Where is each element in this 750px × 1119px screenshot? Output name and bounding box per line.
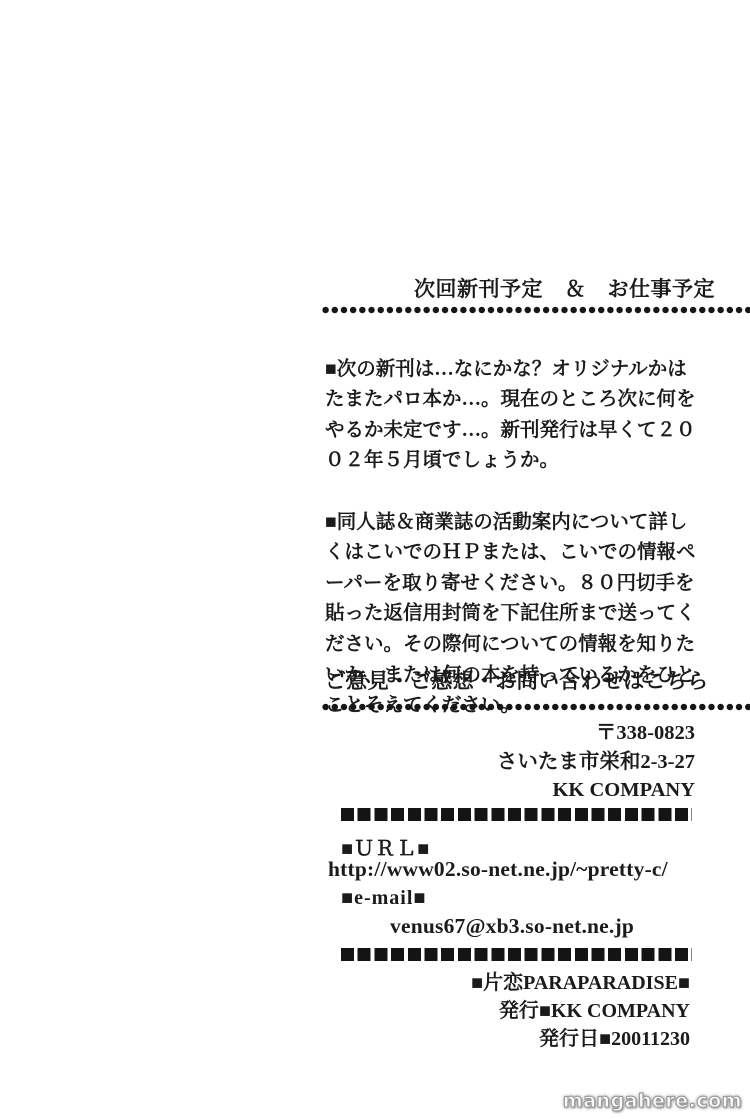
contact-section-heading: ご意見・ご感想・お問い合わせはこちら (325, 665, 708, 695)
company-name: KK COMPANY (497, 776, 695, 805)
publish-date-line: 発行日■20011230 (471, 1026, 690, 1054)
site-watermark: mangahere.com (563, 1090, 742, 1112)
address-line: さいたま市栄和2-3-27 (497, 748, 695, 777)
squares-divider-bottom (341, 948, 692, 961)
publisher-line: 発行■KK COMPANY (471, 998, 690, 1026)
postal-code: 〒338-0823 (497, 719, 695, 748)
dotted-divider-top (321, 306, 750, 314)
schedule-paragraph-next-book: ■次の新刊は…なにかな？オリジナルかは たまたパロ本か…。現在のところ次に何を … (325, 355, 709, 477)
book-title: ■片恋PARAPARADISE■ (471, 970, 690, 998)
address-block: 〒338-0823 さいたま市栄和2-3-27 KK COMPANY (497, 719, 695, 805)
colophon-block: ■片恋PARAPARADISE■ 発行■KK COMPANY 発行日■20011… (471, 970, 690, 1053)
url-text: http://www02.so-net.ne.jp/~pretty-c/ (328, 857, 668, 882)
email-text: venus67@xb3.so-net.ne.jp (390, 914, 634, 939)
dotted-divider-contact (321, 703, 750, 711)
schedule-section-heading: 次回新刊予定 ＆ お仕事予定 (414, 273, 715, 303)
scanned-afterword-page: 次回新刊予定 ＆ お仕事予定 ■次の新刊は…なにかな？オリジナルかは たまたパロ… (0, 0, 750, 1119)
email-label: ■e-mail■ (341, 887, 426, 910)
squares-divider-top (341, 808, 692, 821)
